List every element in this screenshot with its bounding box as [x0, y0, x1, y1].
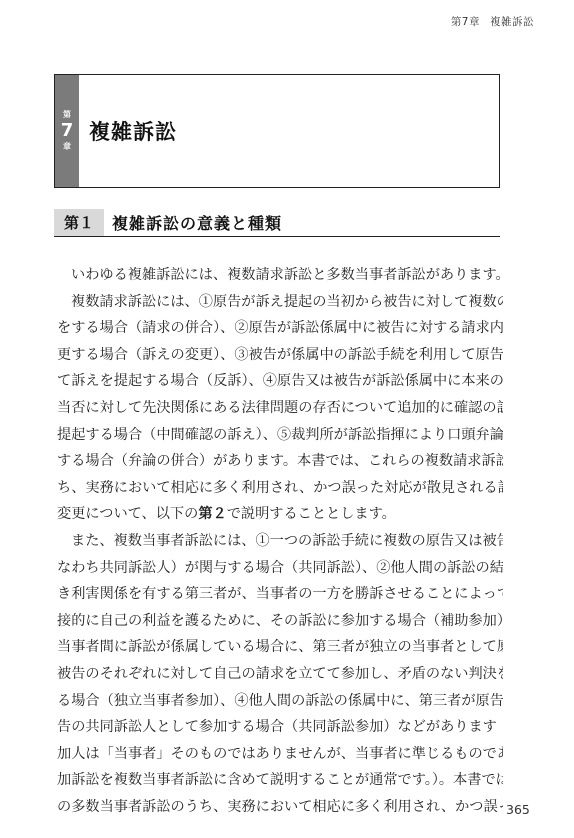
body-line: なわち共同訴訟人）が関与する場合（共同訴訟）、②他人間の訴訟の結果につ — [57, 555, 503, 582]
body-line: いわゆる複雑訴訟には、複数請求訴訟と多数当事者訴訟があります。 — [57, 262, 503, 289]
chapter-label-bottom: 章 — [63, 141, 71, 153]
body-line: て訴えを提起する場合（反訴）、④原告又は被告が訴訟係属中に本来の請求の — [57, 368, 503, 395]
running-head-title: 複雑訴訟 — [490, 16, 534, 28]
body-line: をする場合（請求の併合）、②原告が訴訟係属中に被告に対する請求内容を変 — [57, 315, 503, 342]
running-head-chapter: 第7章 — [451, 16, 480, 28]
body-text: いわゆる複雑訴訟には、複数請求訴訟と多数当事者訴訟があります。複数請求訴訟には、… — [57, 262, 503, 820]
body-text-run: 変更について、以下の — [57, 506, 198, 522]
chapter-number-tab: 第 7 章 — [55, 75, 79, 187]
body-line: 接的に自己の利益を護るために、その訴訟に参加する場合（補助参加）、③二 — [57, 608, 503, 635]
body-line: 告の共同訴訟人として参加する場合（共同訴訟参加）などがあります（補助参 — [57, 714, 503, 741]
body-line: 当否に対して先決関係にある法律問題の存否について追加的に確認の訴えを — [57, 395, 503, 422]
body-line: ち、実務において相応に多く利用され、かつ誤った対応が散見される訴えの — [57, 475, 503, 502]
body-line: き利害関係を有する第三者が、当事者の一方を勝訴させることによって、間 — [57, 581, 503, 608]
body-line: 加訴訟を複数当事者訴訟に含めて説明することが通常です。）。本書では、これら — [57, 767, 503, 794]
section-title: 複雑訴訟の意義と種類 — [104, 209, 282, 236]
body-line: 更する場合（訴えの変更）、③被告が係属中の訴訟手続を利用して原告に対し — [57, 342, 503, 369]
body-line: 提起する場合（中間確認の訴え）、⑤裁判所が訴訟指揮により口頭弁論を併合 — [57, 422, 503, 449]
section-number: 第１ — [54, 209, 104, 236]
running-head: 第7章複雑訴訟 — [451, 14, 534, 29]
chapter-title-box: 第 7 章 複雑訴訟 — [54, 74, 500, 188]
section-heading: 第１ 複雑訴訟の意義と種類 — [54, 209, 500, 237]
chapter-number: 7 — [61, 121, 74, 141]
body-line: 被告のそれぞれに対して自己の請求を立てて参加し、矛盾のない判決を求め — [57, 661, 503, 688]
body-line: 加人は「当事者」そのものではありませんが、当事者に準じるものであり、補助参 — [57, 741, 503, 768]
body-line: 当事者間に訴訟が係属している場合に、第三者が独立の当事者として原告・ — [57, 634, 503, 661]
body-line: また、複数当事者訴訟には、①一つの訴訟手続に複数の原告又は被告（す — [57, 528, 503, 555]
body-line: 複数請求訴訟には、①原告が訴え提起の当初から被告に対して複数の請求 — [57, 289, 503, 316]
body-text-run: で説明することとします。 — [227, 506, 396, 522]
body-line: の多数当事者訴訟のうち、実務において相応に多く利用され、かつ誤った対 — [57, 794, 503, 821]
body-line: する場合（弁論の併合）があります。本書では、これらの複数請求訴訟のう — [57, 448, 503, 475]
chapter-title: 複雑訴訟 — [79, 75, 499, 187]
body-line: 変更について、以下の第２で説明することとします。 — [57, 501, 503, 528]
page-number: 365 — [506, 802, 530, 817]
body-line: る場合（独立当事者参加）、④他人間の訴訟の係属中に、第三者が原告又は被 — [57, 688, 503, 715]
bold-reference: 第２ — [198, 506, 226, 522]
